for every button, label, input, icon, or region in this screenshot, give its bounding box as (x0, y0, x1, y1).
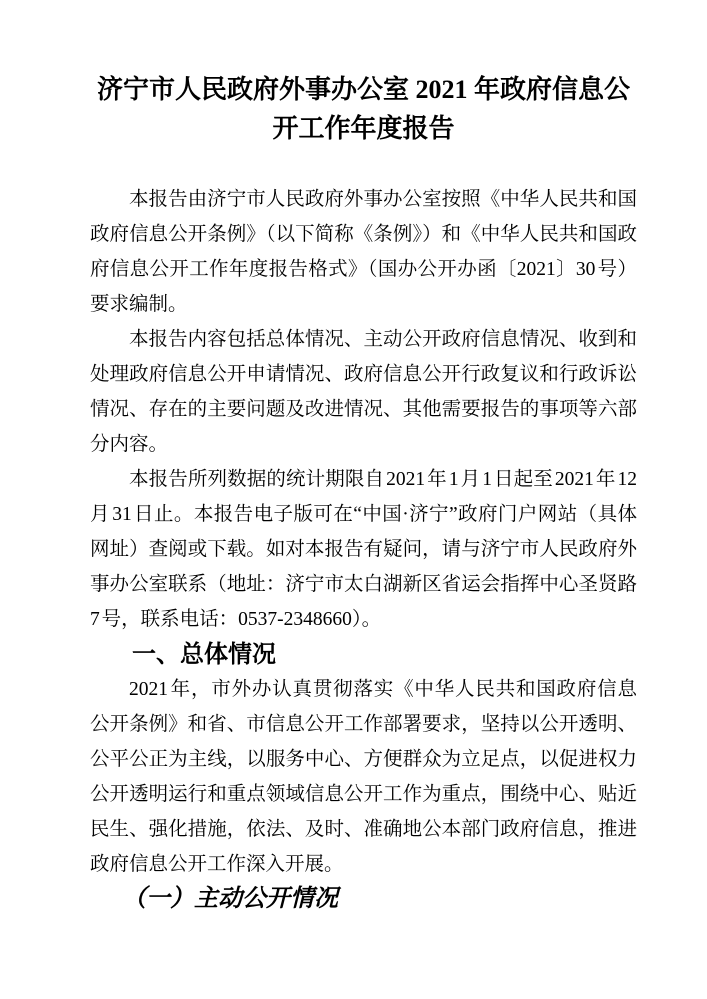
subsection-heading-proactive-disclosure: （一）主动公开情况 (90, 882, 637, 917)
intro-paragraph-data-period: 本报告所列数据的统计期限自 2021 年 1 月 1 日起至 2021 年 12… (90, 462, 637, 637)
report-page: 济宁市人民政府外事办公室 2021 年政府信息公开工作年度报告 本报告由济宁市人… (0, 0, 707, 999)
report-title: 济宁市人民政府外事办公室 2021 年政府信息公开工作年度报告 (90, 70, 637, 148)
section-heading-overall-situation: 一、总体情况 (90, 637, 637, 672)
intro-paragraph-contents-overview: 本报告内容包括总体情况、主动公开政府信息情况、收到和处理政府信息公开申请情况、政… (90, 322, 637, 462)
section-overall-situation-body: 2021 年，市外办认真贯彻落实《中华人民共和国政府信息公开条例》和省、市信息公… (90, 672, 637, 882)
intro-paragraph-compilation-basis: 本报告由济宁市人民政府外事办公室按照《中华人民共和国政府信息公开条例》（以下简称… (90, 182, 637, 322)
